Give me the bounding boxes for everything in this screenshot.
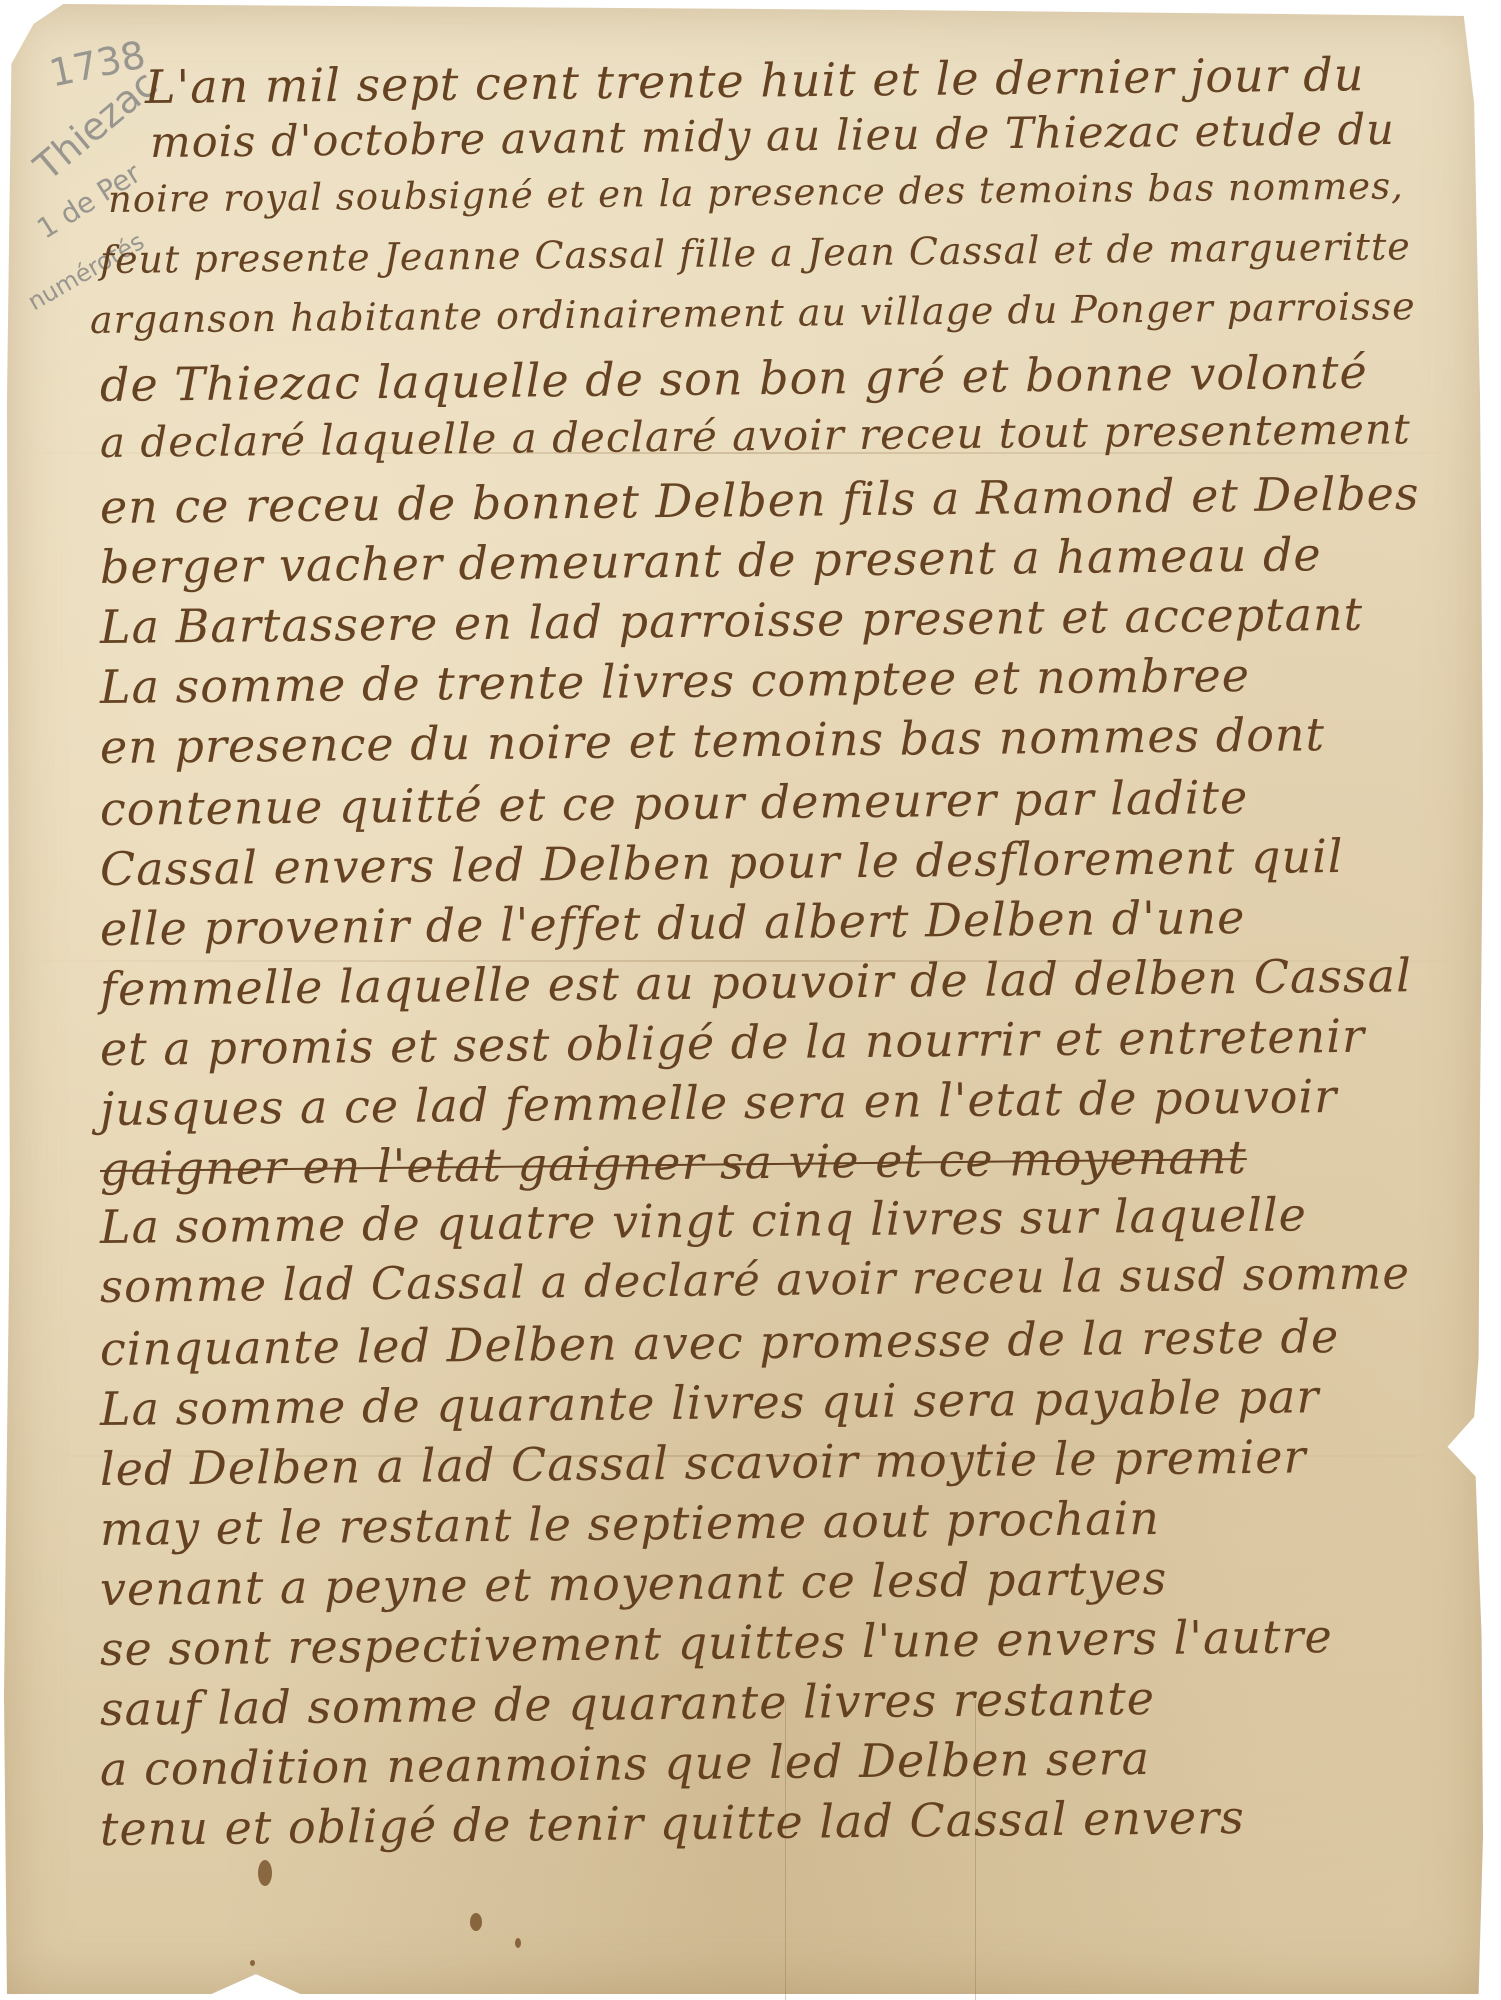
document-scan: 1738 Thiezac 1 de Per numérotés L'an mil… <box>0 0 1501 2000</box>
ink-stain <box>258 1860 272 1886</box>
manuscript-line: a condition neanmoins que led Delben ser… <box>100 1731 1151 1796</box>
ink-stain <box>470 1913 482 1931</box>
manuscript-line: venant a peyne et moyenant ce lesd party… <box>100 1551 1168 1616</box>
manuscript-line: may et le restant le septieme aout proch… <box>100 1491 1160 1556</box>
manuscript-line: sauf lad somme de quarante livres restan… <box>100 1671 1155 1736</box>
ink-stain <box>250 1960 255 1966</box>
ink-stain <box>515 1938 521 1948</box>
